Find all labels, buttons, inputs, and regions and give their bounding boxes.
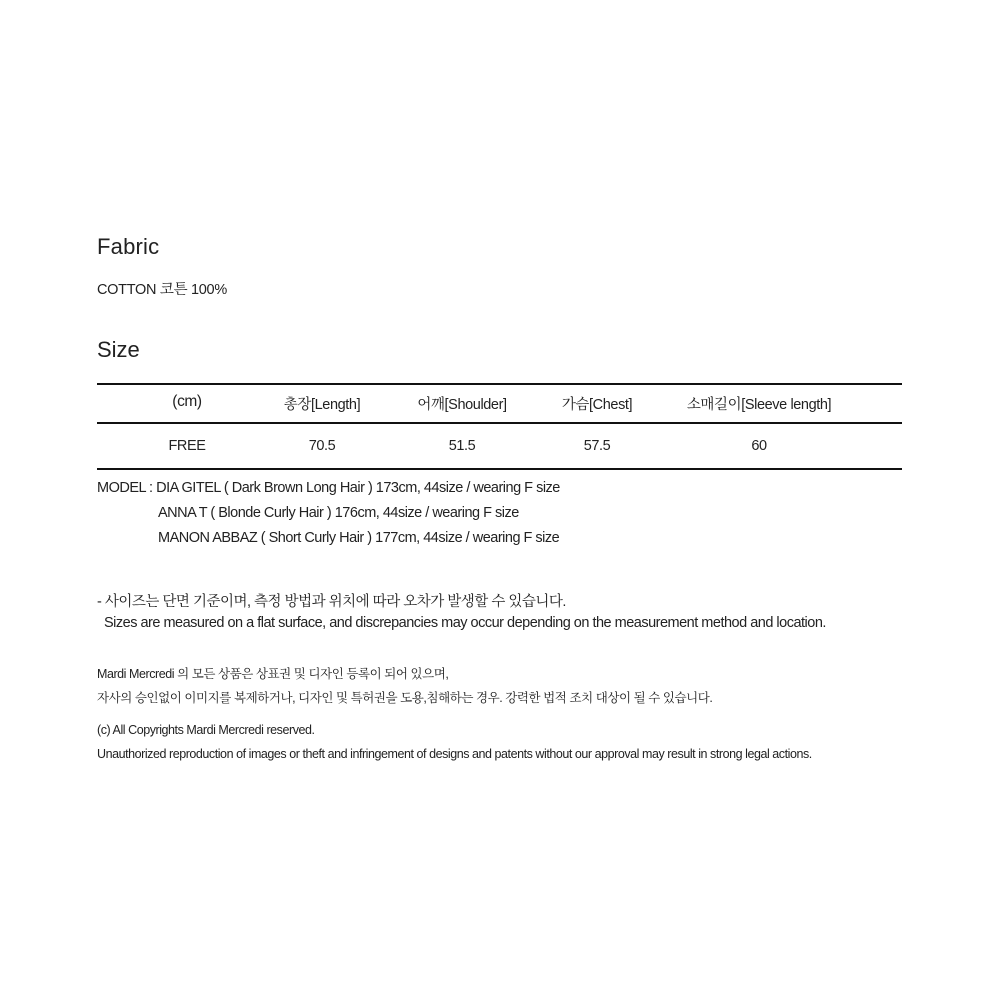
cell-size: FREE xyxy=(168,424,205,468)
cell-chest: 57.5 xyxy=(584,424,611,468)
fabric-composition: COTTON 코튼 100% xyxy=(97,278,227,299)
model-line: ANNA T ( Blonde Curly Hair ) 176cm, 44si… xyxy=(97,501,560,526)
header-chest: 가슴[Chest] xyxy=(562,385,632,422)
model-info: MODEL : DIA GITEL ( Dark Brown Long Hair… xyxy=(97,476,560,551)
header-shoulder: 어깨[Shoulder] xyxy=(417,385,506,422)
legal-notice: Mardi Mercredi 의 모든 상품은 상표권 및 디자인 등록이 되어… xyxy=(97,662,712,710)
copyright-line: Unauthorized reproduction of images or t… xyxy=(97,742,812,766)
size-note: - 사이즈는 단면 기준이며, 측정 방법과 위치에 따라 오차가 발생할 수 … xyxy=(97,592,826,634)
legal-line: Mardi Mercredi 의 모든 상품은 상표권 및 디자인 등록이 되어… xyxy=(97,662,712,686)
size-table: (cm) 총장[Length] 어깨[Shoulder] 가슴[Chest] 소… xyxy=(97,383,902,470)
size-note-english: Sizes are measured on a flat surface, an… xyxy=(97,613,826,634)
model-label: MODEL : xyxy=(97,480,156,496)
size-heading: Size xyxy=(97,337,140,363)
copyright-notice: (c) All Copyrights Mardi Mercredi reserv… xyxy=(97,718,812,766)
cell-length: 70.5 xyxy=(309,424,336,468)
header-sleeve-length: 소매길이[Sleeve length] xyxy=(687,385,831,422)
table-header-row: (cm) 총장[Length] 어깨[Shoulder] 가슴[Chest] 소… xyxy=(97,385,902,422)
size-note-korean: - 사이즈는 단면 기준이며, 측정 방법과 위치에 따라 오차가 발생할 수 … xyxy=(97,592,826,613)
header-length: 총장[Length] xyxy=(284,385,360,422)
cell-shoulder: 51.5 xyxy=(449,424,476,468)
header-unit: (cm) xyxy=(172,383,201,420)
legal-line: 자사의 승인없이 이미지를 복제하거나, 디자인 및 특허권을 도용,침해하는 … xyxy=(97,686,712,710)
model-line: MODEL : DIA GITEL ( Dark Brown Long Hair… xyxy=(97,476,560,501)
copyright-line: (c) All Copyrights Mardi Mercredi reserv… xyxy=(97,718,812,742)
table-row: FREE 70.5 51.5 57.5 60 xyxy=(97,424,902,468)
table-bottom-rule xyxy=(97,468,902,470)
cell-sleeve-length: 60 xyxy=(751,424,766,468)
model-line: MANON ABBAZ ( Short Curly Hair ) 177cm, … xyxy=(97,526,560,551)
fabric-heading: Fabric xyxy=(97,234,159,260)
